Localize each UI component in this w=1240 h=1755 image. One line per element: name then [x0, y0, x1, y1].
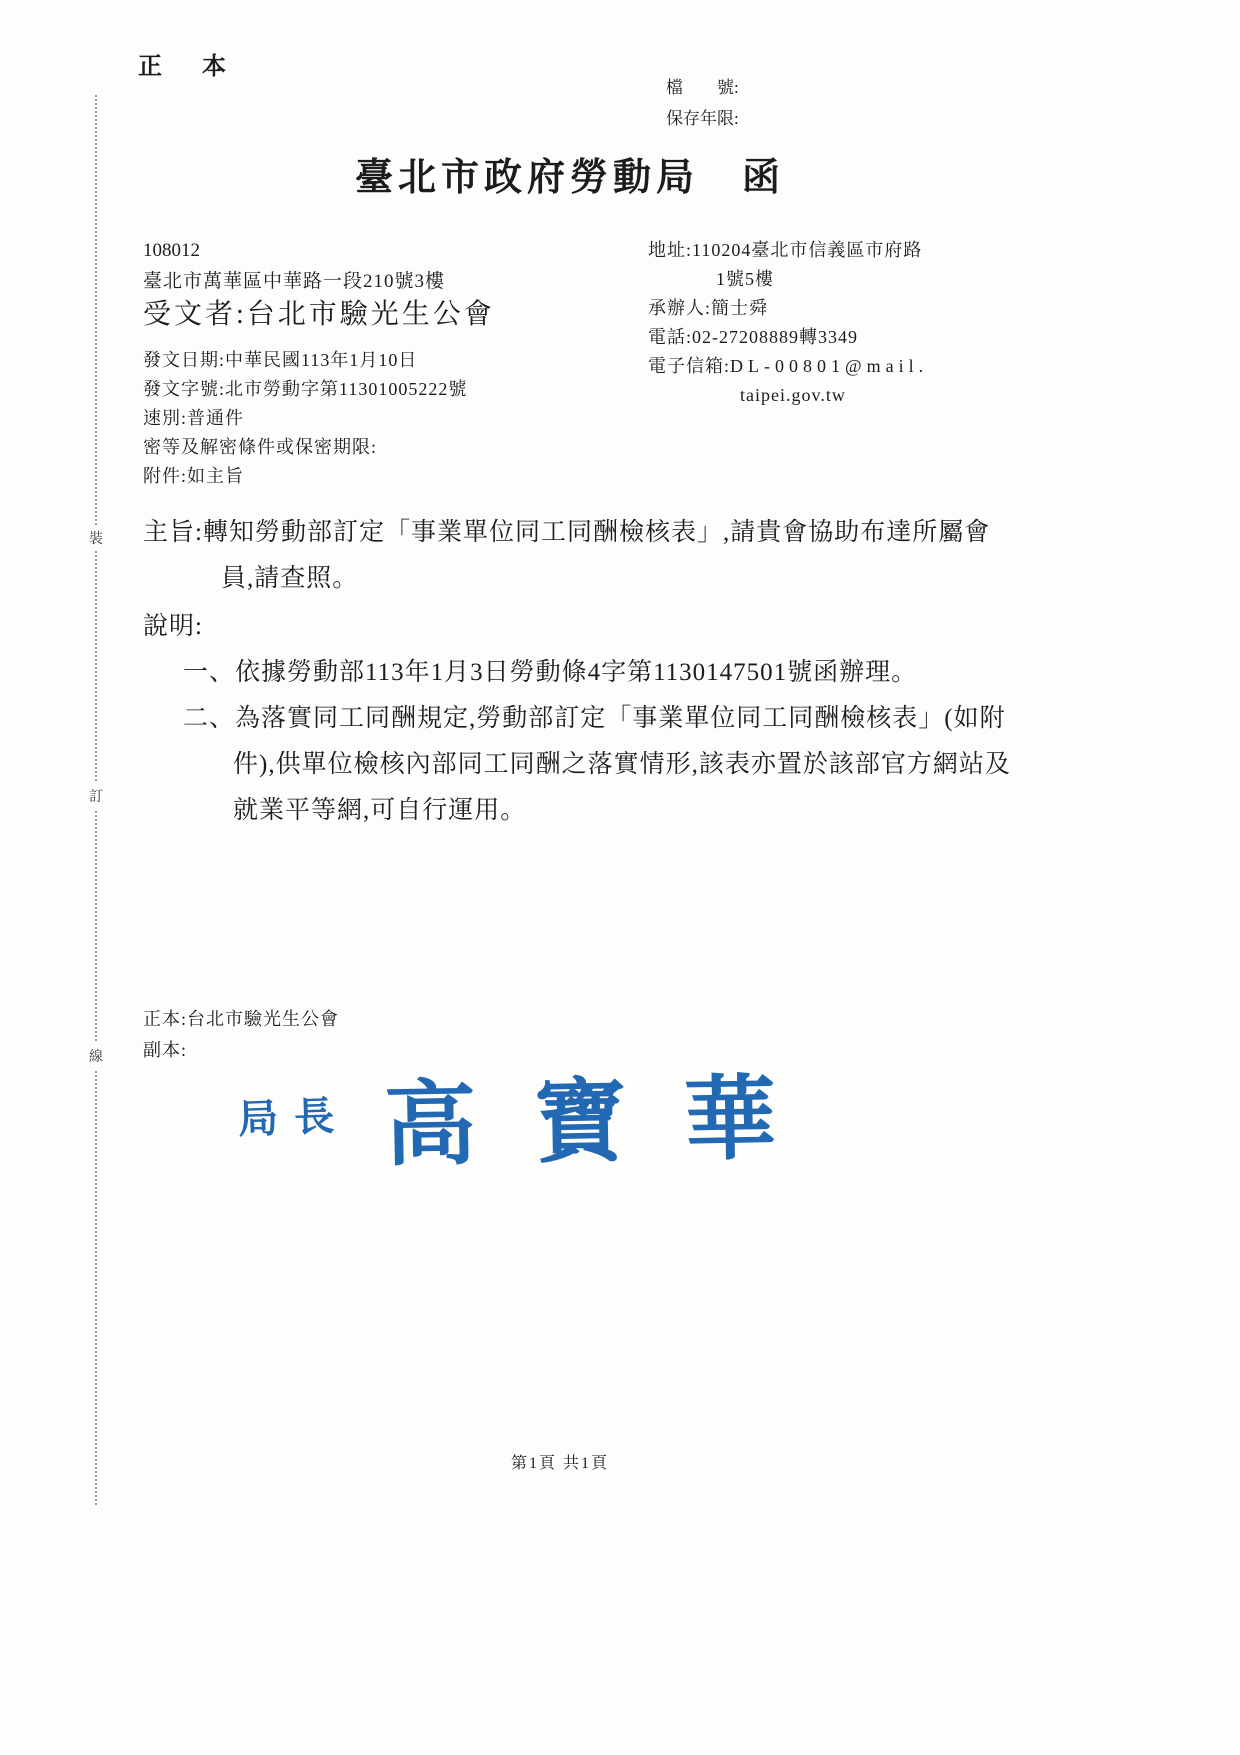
meta-right-block: 地址:110204臺北市信義區市府路 1號5樓 承辦人:簡士舜 電話:02-27…	[648, 236, 1028, 410]
issue-date-line: 發文日期:中華民國113年1月10日	[143, 346, 467, 375]
issue-number-line: 發文字號:北市勞動字第11301005222號	[143, 375, 467, 404]
email-label: 電子信箱:	[648, 356, 730, 376]
recipient-line: 受文者:台北市驗光生公會	[143, 292, 495, 332]
binding-mark-zhuang: 裝	[89, 525, 103, 551]
official-letter-page: 裝 訂 線 正 本 檔 號: 保存年限: 臺北市政府勞動局 函 108012 臺…	[0, 0, 1240, 1755]
subject-text: 轉知勞動部訂定「事業單位同工同酬檢核表」,請貴會協助布達所屬會員,請查照。	[203, 519, 990, 592]
contact-person-line: 承辦人:簡士舜	[648, 294, 1028, 323]
explanation-label: 說明:	[143, 604, 1015, 650]
retention-period-label: 保存年限:	[666, 103, 739, 134]
explanation-item-1: 一、依據勞動部113年1月3日勞動條4字第1130147501號函辦理。	[183, 650, 1015, 696]
file-number-label: 檔 號:	[666, 72, 739, 103]
item-2-text: 為落實同工同酬規定,勞動部訂定「事業單位同工同酬檢核表」(如附件),供單位檢核內…	[233, 705, 1011, 824]
phone-line: 電話:02-27208889轉3349	[648, 323, 1028, 352]
recipient-zip: 108012	[143, 240, 200, 262]
letter-body: 主旨:轉知勞動部訂定「事業單位同工同酬檢核表」,請貴會協助布達所屬會員,請查照。…	[143, 510, 1015, 834]
email-line2: taipei.gov.tw	[648, 381, 1028, 410]
document-title: 臺北市政府勞動局 函	[0, 146, 1140, 201]
signature-title: 局長	[237, 1084, 351, 1145]
email-line: 電子信箱:DL-00801@mail.	[648, 352, 1028, 381]
file-number-block: 檔 號: 保存年限:	[666, 72, 739, 134]
subject-label: 主旨:	[143, 519, 203, 546]
signature-name: 高寶華	[383, 1044, 835, 1184]
director-signature: 局長 高寶華	[238, 1048, 834, 1180]
binding-mark-ding: 訂	[89, 783, 103, 809]
subject-paragraph: 主旨:轉知勞動部訂定「事業單位同工同酬檢核表」,請貴會協助布達所屬會員,請查照。	[143, 510, 1015, 602]
page-number-footer: 第1頁 共1頁	[0, 1450, 1120, 1473]
item-2-number: 二、	[183, 705, 235, 732]
original-copy-line: 正本:台北市驗光生公會	[143, 1004, 339, 1035]
sender-address-line2: 1號5樓	[648, 265, 1028, 294]
attachment-line: 附件:如主旨	[143, 462, 467, 491]
item-1-number: 一、	[183, 659, 235, 686]
email-value: DL-00801@mail.	[730, 356, 928, 376]
explanation-item-2: 二、為落實同工同酬規定,勞動部訂定「事業單位同工同酬檢核表」(如附件),供單位檢…	[183, 696, 1015, 834]
sender-address-line1: 地址:110204臺北市信義區市府路	[648, 236, 1028, 265]
item-1-text: 依據勞動部113年1月3日勞動條4字第1130147501號函辦理。	[235, 659, 917, 686]
meta-left-block: 發文日期:中華民國113年1月10日 發文字號:北市勞動字第1130100522…	[143, 346, 467, 491]
security-class-line: 密等及解密條件或保密期限:	[143, 433, 467, 462]
copy-type-label: 正 本	[138, 46, 234, 81]
binding-mark-xian: 線	[89, 1043, 103, 1069]
binding-dotted-line: 裝 訂 線	[95, 95, 97, 1505]
speed-class-line: 速別:普通件	[143, 404, 467, 433]
recipient-street: 臺北市萬華區中華路一段210號3樓	[143, 266, 445, 293]
